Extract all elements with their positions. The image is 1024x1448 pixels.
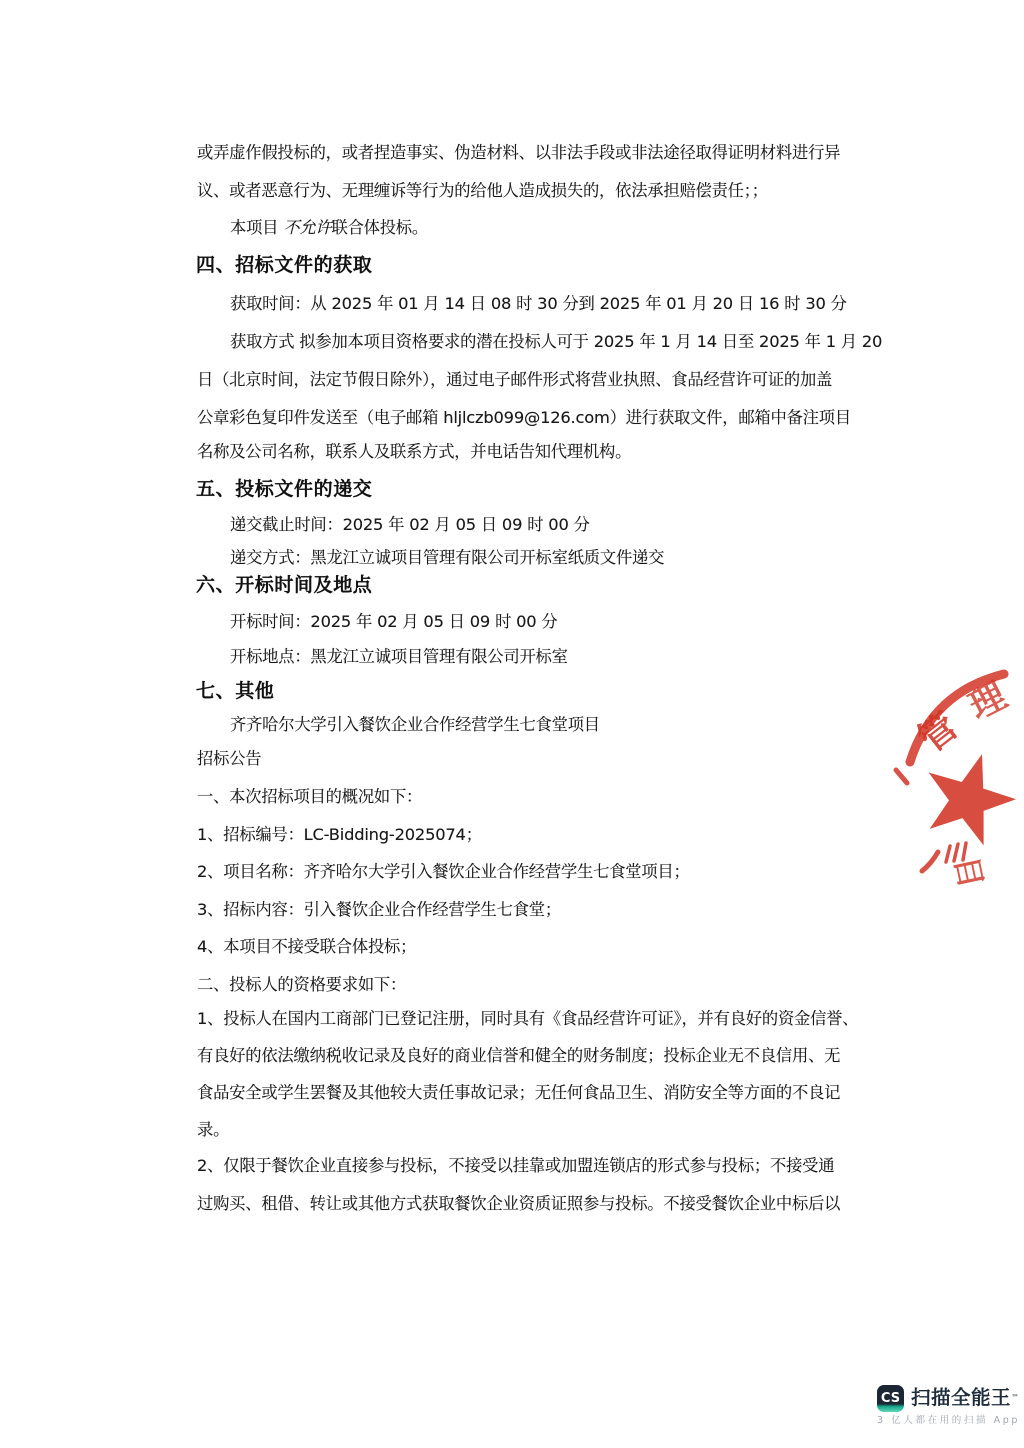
obtain-method-line-3: 公章彩色复印件发送至（电子邮箱 hljlczb099@126.com）进行获取文… [197, 404, 851, 428]
camscanner-logo-text: CS [881, 1391, 900, 1406]
qualification-2-line-2: 过购买、租借、转让或其他方式获取餐饮企业资质证照参与投标。不接受餐饮企业中标后以 [197, 1190, 840, 1214]
qualification-2-line-1: 2、仅限于餐饮企业直接参与投标，不接受以挂靠或加盟连锁店的形式参与投标；不接受通 [197, 1152, 834, 1176]
overview-item-4: 4、本项目不接受联合体投标； [197, 933, 416, 957]
overview-item-1: 1、招标编号：LC-Bidding-2025074； [197, 821, 482, 845]
overview-item-3: 3、招标内容：引入餐饮企业合作经营学生七食堂； [197, 896, 561, 920]
obtain-method-line-4: 名称及公司名称，联系人及联系方式，并电话告知代理机构。 [197, 438, 631, 462]
consortium-suffix: 联合体投标。 [331, 218, 428, 237]
camscanner-watermark: CS 扫描全能王™ 3 亿人都在用的扫描 App [877, 1385, 1020, 1426]
camscanner-brand-text: 扫描全能王 [911, 1386, 1011, 1409]
stamp-char-mu: 目 [947, 853, 989, 891]
section-4-heading: 四、招标文件的获取 [196, 250, 372, 277]
section-7-heading: 七、其他 [196, 676, 274, 703]
submission-method-line: 递交方式：黑龙江立诚项目管理有限公司开标室纸质文件递交 [230, 544, 664, 568]
submission-deadline-line: 递交截止时间：2025 年 02 月 05 日 09 时 00 分 [230, 511, 590, 535]
overview-item-2: 2、项目名称：齐齐哈尔大学引入餐饮企业合作经营学生七食堂项目； [197, 858, 690, 882]
notice-title: 招标公告 [197, 745, 261, 769]
qualification-1-line-2: 有良好的依法缴纳税收记录及良好的商业信誉和健全的财务制度；投标企业无不良信用、无 [197, 1042, 840, 1066]
project-name-line: 齐齐哈尔大学引入餐饮企业合作经营学生七食堂项目 [230, 711, 600, 735]
overview-heading: 一、本次招标项目的概况如下： [197, 783, 422, 807]
camscanner-brand-name: 扫描全能王™ [911, 1385, 1020, 1411]
qualification-1-line-4: 录。 [197, 1116, 229, 1140]
stamp-char-guan: 管 [910, 704, 966, 761]
trademark-mark: ™ [1011, 1393, 1020, 1402]
red-seal-stamp: 管 理 目 [880, 660, 1024, 920]
qualification-heading: 二、投标人的资格要求如下： [197, 971, 406, 995]
obtain-method-line-2: 日（北京时间，法定节假日除外），通过电子邮件形式将营业执照、食品经营许可证的加盖 [197, 366, 832, 390]
misconduct-line-2: 议、或者恶意行为、无理缠诉等行为的给他人造成损失的，依法承担赔偿责任；； [197, 177, 768, 201]
obtain-time-line: 获取时间：从 2025 年 01 月 14 日 08 时 30 分到 2025 … [230, 290, 847, 314]
misconduct-line-1: 或弄虚作假投标的，或者捏造事实、伪造材料、以非法手段或非法途径取得证明材料进行异 [197, 139, 840, 163]
camscanner-tagline: 3 亿人都在用的扫描 App [877, 1412, 1020, 1426]
section-6-heading: 六、开标时间及地点 [196, 570, 372, 597]
consortium-statement: 本项目 不允许联合体投标。 [230, 214, 428, 238]
opening-time-line: 开标时间：2025 年 02 月 05 日 09 时 00 分 [230, 608, 558, 632]
camscanner-logo-icon: CS [877, 1385, 904, 1412]
stamp-star-icon [913, 741, 1024, 851]
opening-place-line: 开标地点：黑龙江立诚项目管理有限公司开标室 [230, 643, 568, 667]
qualification-1-line-3: 食品安全或学生罢餐及其他较大责任事故记录；无任何食品卫生、消防安全等方面的不良记 [197, 1079, 840, 1103]
consortium-prefix: 本项目 [230, 218, 283, 237]
qualification-1-line-1: 1、投标人在国内工商部门已登记注册，同时具有《食品经营许可证》，并有良好的资金信… [197, 1005, 858, 1029]
section-5-heading: 五、投标文件的递交 [196, 474, 372, 501]
consortium-emphasis: 不允许 [283, 218, 331, 237]
scanned-tender-document-page: 或弄虚作假投标的，或者捏造事实、伪造材料、以非法手段或非法途径取得证明材料进行异… [0, 0, 1024, 1448]
obtain-method-line-1: 获取方式 拟参加本项目资格要求的潜在投标人可于 2025 年 1 月 14 日至… [230, 328, 882, 352]
